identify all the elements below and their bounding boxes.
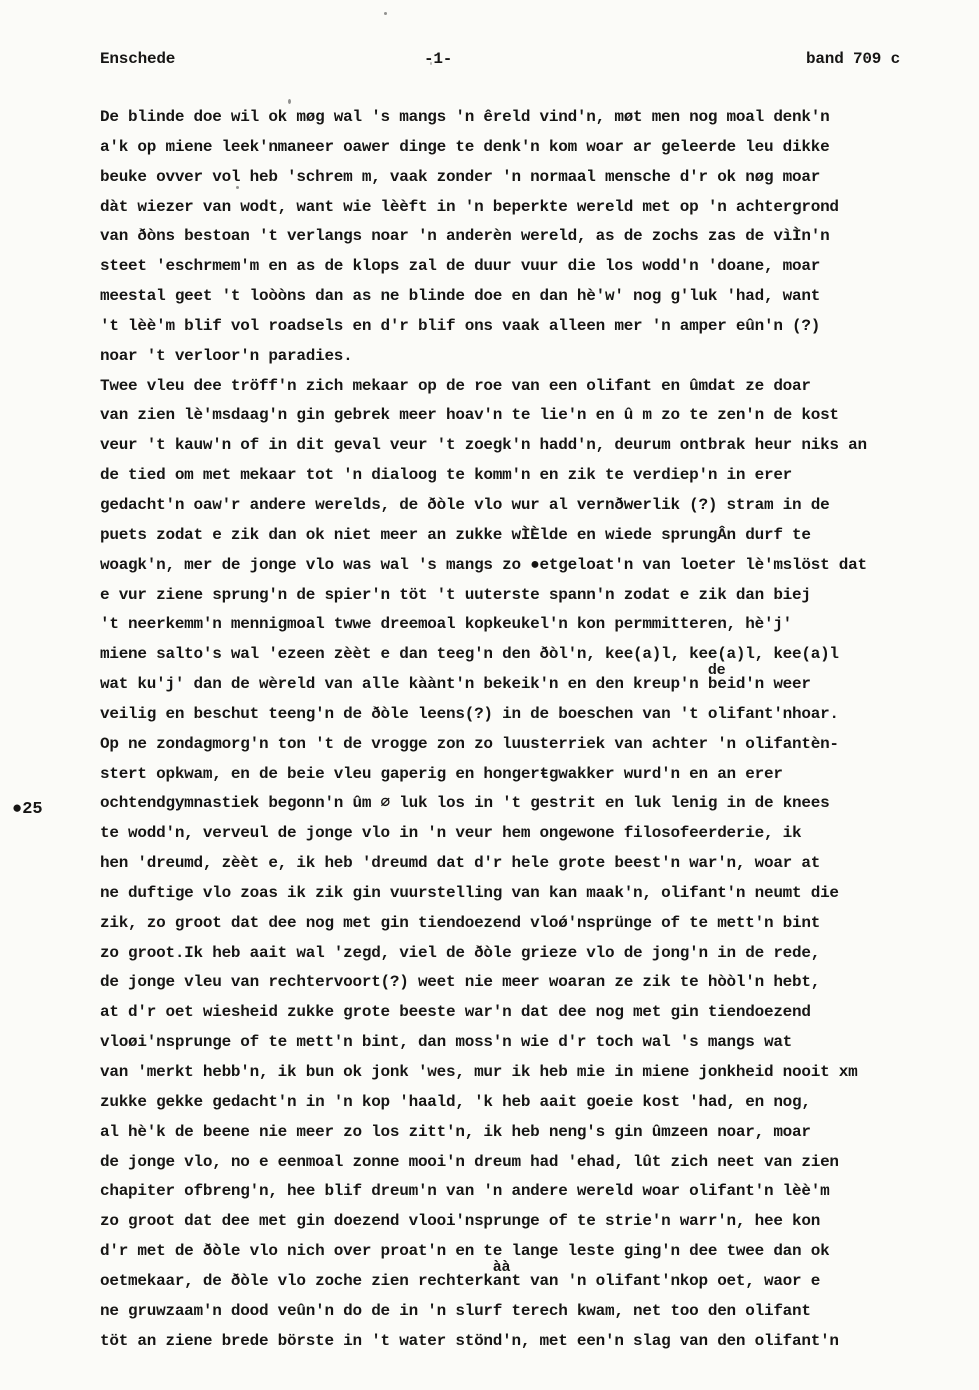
text-line: zik, zo groot dat dee nog met gin tiendo…: [100, 909, 928, 939]
text-line: De blinde doe wil ok møg wal 's mangs 'n…: [100, 103, 928, 133]
text-line: veur 't kauw'n of in dit geval veur 't z…: [100, 431, 928, 461]
text-line: ne duftige vlo zoas ik zik gin vuurstell…: [100, 879, 928, 909]
text-segment: wat ku'j' dan de wèreld van alle kàànt'n…: [100, 675, 708, 693]
text-segment: ant van 'n olifant'nkop oet, waor e: [493, 1272, 820, 1290]
text-line: beuke ovver vol heb 'schrem m, vaak zond…: [100, 163, 928, 193]
text-line: hen 'dreumd, zèèt e, ik heb 'dreumd dat …: [100, 849, 928, 879]
margin-note-25: ●25: [12, 800, 43, 819]
text-line: te wodd'n, verveul de jonge vlo in 'n ve…: [100, 819, 928, 849]
text-line: gedacht'n oaw'r andere werelds, de ðòle …: [100, 491, 928, 521]
text-line: al hè'k de beene nie meer zo los zitt'n,…: [100, 1118, 928, 1148]
page-number: -1-: [424, 50, 452, 68]
text-line: Twee vleu dee tröff'n zich mekaar op de …: [100, 372, 928, 402]
text-line: ne gruwzaam'n dood veûn'n do de in 'n sl…: [100, 1297, 928, 1327]
text-line: de tied om met mekaar tot 'n dialoog te …: [100, 461, 928, 491]
text-line: noar 't verloor'n paradies.: [100, 342, 928, 372]
text-line: van 'merkt hebb'n, ik bun ok jonk 'wes, …: [100, 1058, 928, 1088]
text-line: zukke gekke gedacht'n in 'n kop 'haald, …: [100, 1088, 928, 1118]
text-segment: oetmekaar, de ðòle vlo zoche zien rechte…: [100, 1272, 493, 1290]
text-line: 't lèè'm blif vol roadsels en d'r blif o…: [100, 312, 928, 342]
scan-speck: [430, 62, 432, 65]
text-line: de jonge vlo, no e eenmoal zonne mooi'n …: [100, 1148, 928, 1178]
text-line: de jonge vleu van rechtervoort(?) weet n…: [100, 968, 928, 998]
text-line: puets zodat e zik dan ok niet meer an zu…: [100, 521, 928, 551]
scan-speck: [236, 186, 239, 189]
text-line: vloøi'nsprunge of te mett'n bint, dan mo…: [100, 1028, 928, 1058]
text-line: meestal geet 't loòòns dan as ne blinde …: [100, 282, 928, 312]
text-line: van zien lè'msdaag'n gin gebrek meer hoa…: [100, 401, 928, 431]
body-text: De blinde doe wil ok møg wal 's mangs 'n…: [100, 103, 928, 1356]
text-line: woagk'n, mer de jonge vlo was wal 's man…: [100, 551, 928, 581]
scan-speck: [288, 99, 291, 104]
header-location: Enschede: [100, 50, 175, 68]
text-line: veilig en beschut teeng'n de ðòle leens(…: [100, 700, 928, 730]
scan-speck: [384, 12, 387, 15]
text-line: ochtendgymnastiek begonn'n ûm ∅ luk los …: [100, 789, 928, 819]
text-line: a'k op miene leek'nmaneer oawer dinge te…: [100, 133, 928, 163]
text-line: töt an ziene brede börste in 't water st…: [100, 1327, 928, 1357]
text-line: stert opkwam, en de beie vleu gaperig en…: [100, 760, 928, 790]
scanned-typescript-page: Enschede -1- band 709 c ●25 De blinde do…: [0, 0, 979, 1390]
text-line: zo groot dat dee met gin doezend vlooi'n…: [100, 1207, 928, 1237]
text-line: at d'r oet wiesheid zukke grote beeste w…: [100, 998, 928, 1028]
text-line: zo groot.Ik heb aait wal 'zegd, viel de …: [100, 939, 928, 969]
text-line: 't neerkemm'n mennigmoal twwe dreemoal k…: [100, 610, 928, 640]
text-line: chapiter ofbreng'n, hee blif dreum'n van…: [100, 1177, 928, 1207]
text-line: wat ku'j' dan de wèreld van alle kàànt'n…: [100, 670, 928, 700]
text-line: steet 'eschrmem'm en as de klops zal de …: [100, 252, 928, 282]
text-line: dàt wiezer van wodt, want wie lèèft in '…: [100, 193, 928, 223]
text-line: oetmekaar, de ðòle vlo zoche zien rechte…: [100, 1267, 928, 1297]
text-line: Op ne zondagmorg'n ton 't de vrogge zon …: [100, 730, 928, 760]
header-band-label: band 709 c: [806, 50, 900, 68]
text-line: e vur ziene sprung'n de spier'n töt 't u…: [100, 581, 928, 611]
text-line: miene salto's wal 'ezeen zèèt e dan teeg…: [100, 640, 928, 670]
text-line: d'r met de ðòle vlo nich over proat'n en…: [100, 1237, 928, 1267]
text-line: van ðòns bestoan 't verlangs noar 'n and…: [100, 222, 928, 252]
